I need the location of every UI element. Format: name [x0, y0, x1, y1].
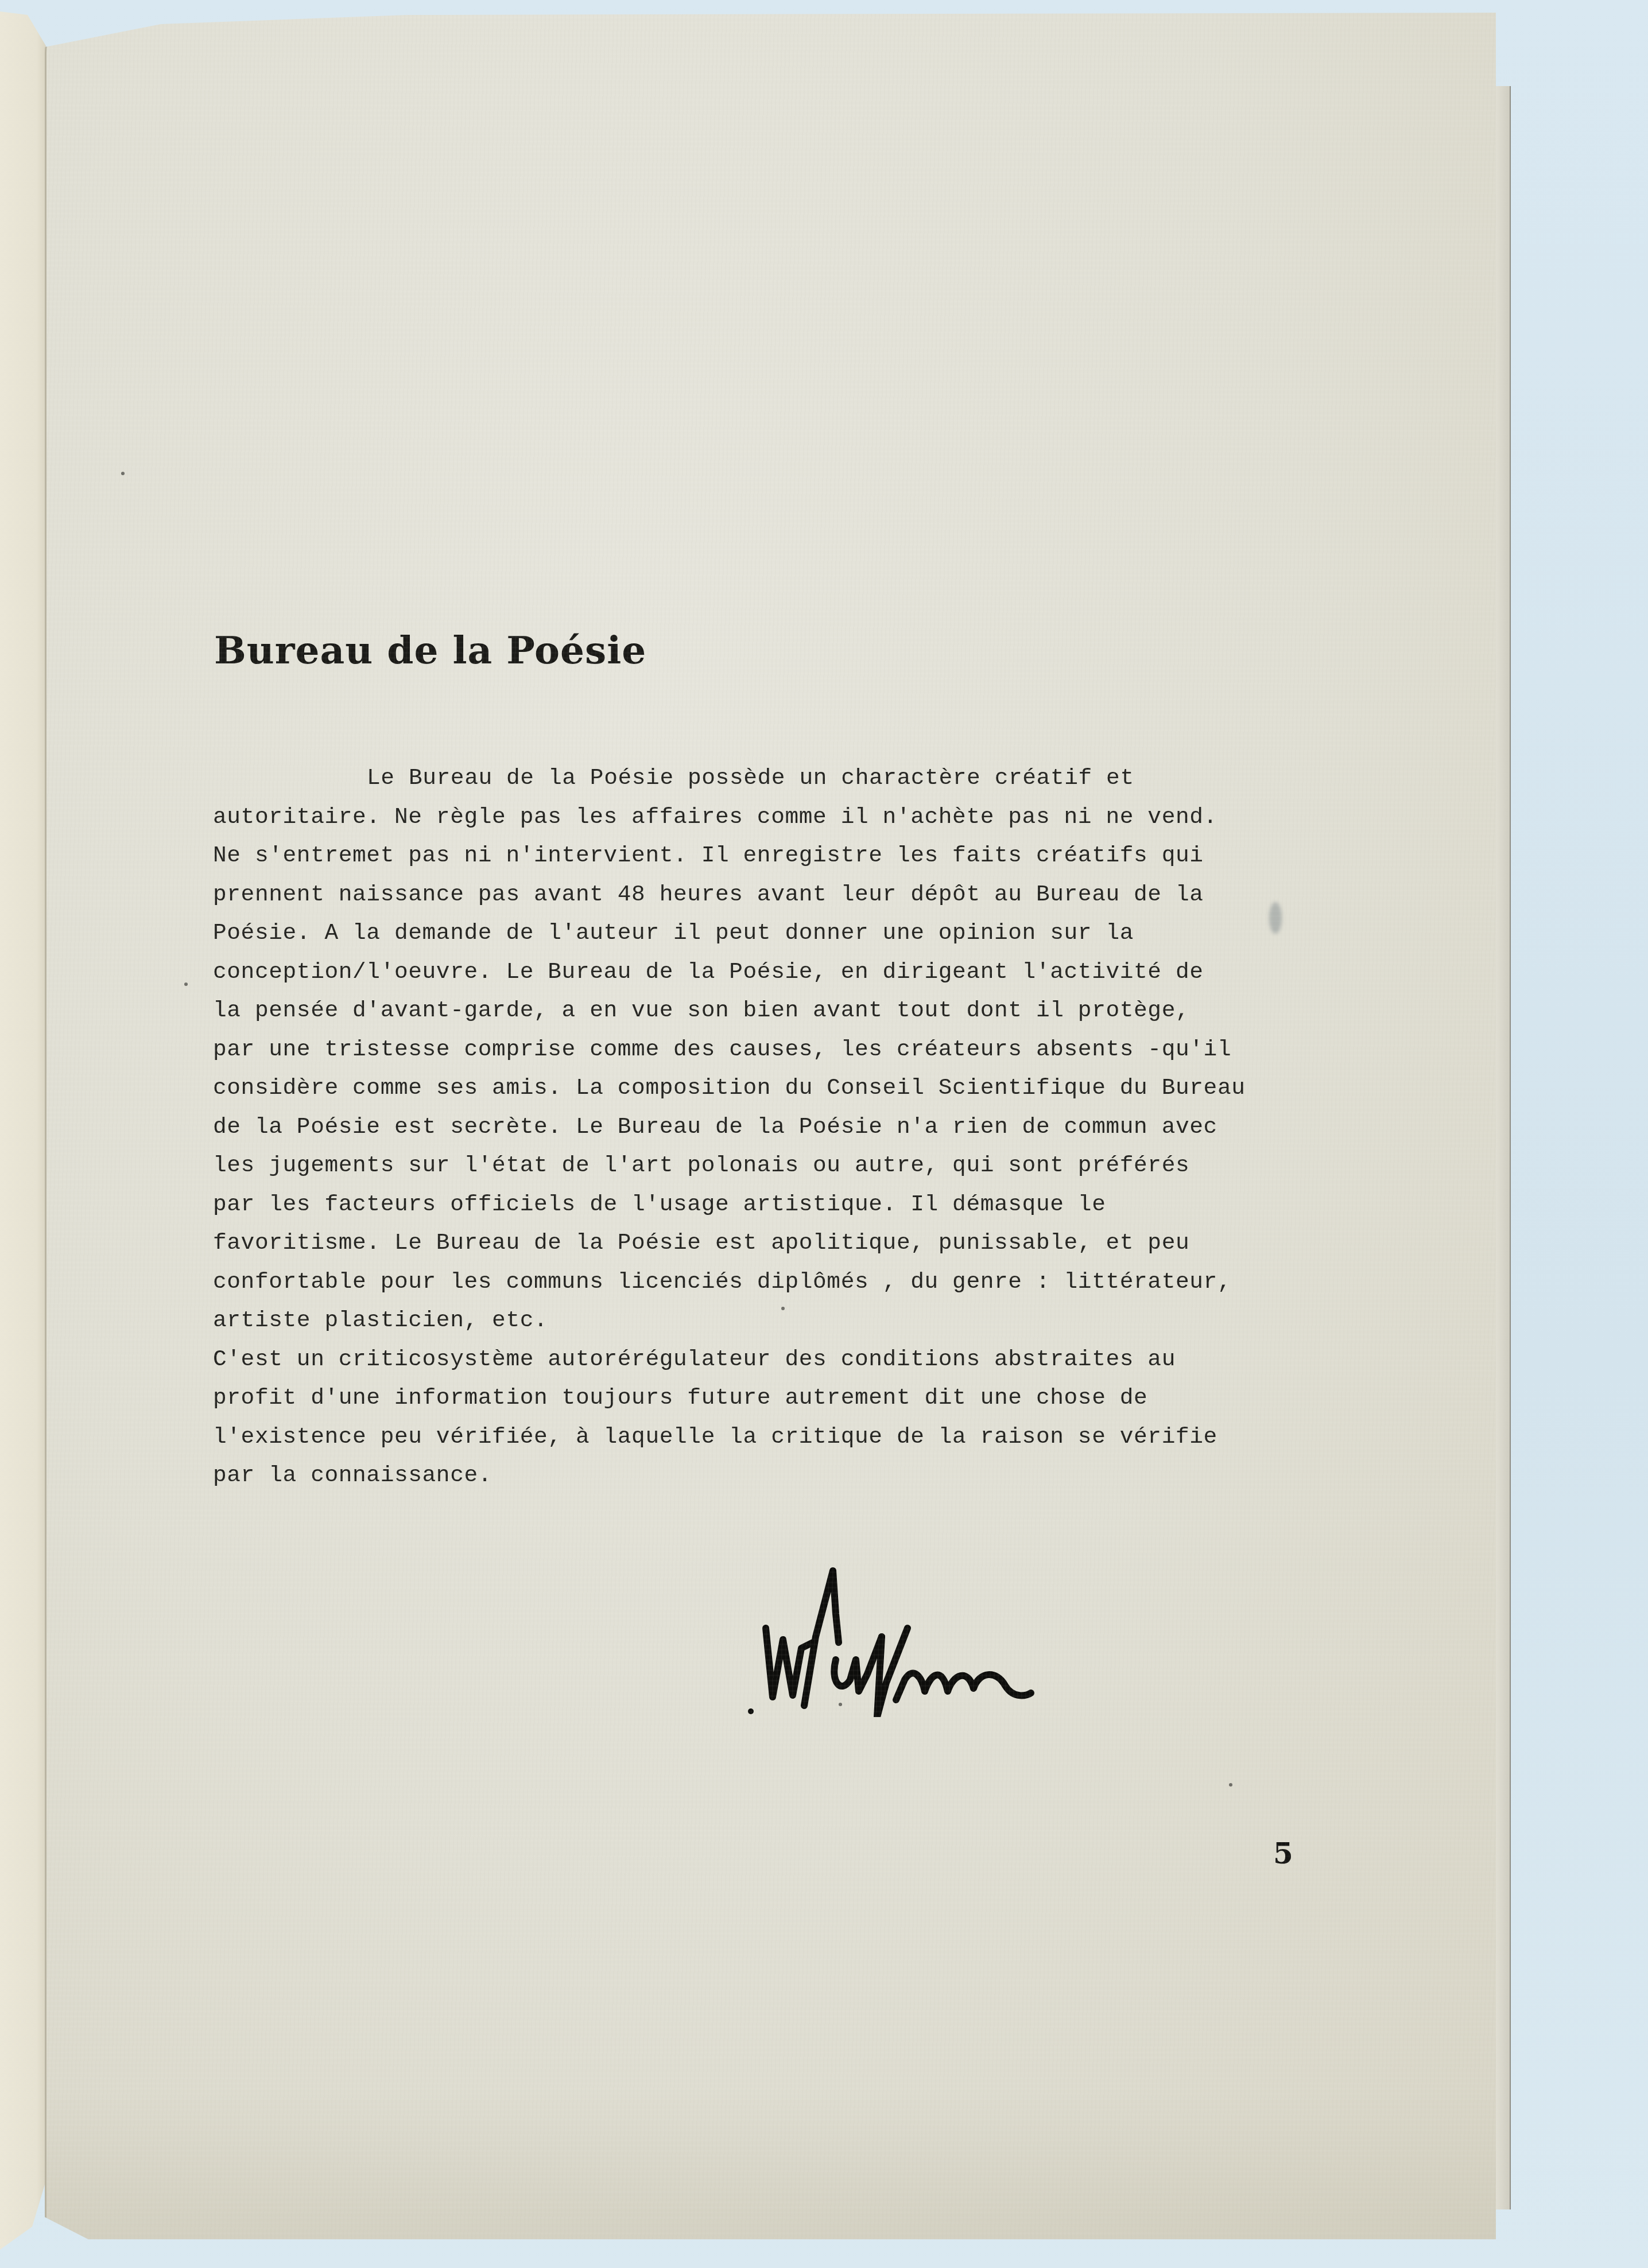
text-line: par la connaissance.: [213, 1456, 1418, 1495]
text-line: prennent naissance pas avant 48 heures a…: [213, 875, 1418, 914]
text-line: C'est un criticosystème autorérégulateur…: [213, 1340, 1418, 1379]
paper-speck: [121, 472, 125, 475]
page-shadow: [46, 2090, 1496, 2239]
page-number: 5: [1273, 1836, 1293, 1870]
text-line: autoritaire. Ne règle pas les affaires c…: [213, 798, 1418, 837]
paper-speck: [839, 1703, 842, 1706]
text-line: la pensée d'avant-garde, a en vue son bi…: [213, 991, 1418, 1030]
text-line: considère comme ses amis. La composition…: [213, 1069, 1418, 1108]
paper-speck: [1229, 1783, 1232, 1787]
text-line: de la Poésie est secrète. Le Bureau de l…: [213, 1108, 1418, 1147]
text-line: Ne s'entremet pas ni n'intervient. Il en…: [213, 836, 1418, 875]
paper-speck: [781, 1307, 785, 1310]
text-line: profit d'une information toujours future…: [213, 1378, 1418, 1417]
text-line: Le Bureau de la Poésie possède un charac…: [213, 759, 1418, 798]
facing-page-edge: [0, 11, 46, 2250]
text-line: les jugements sur l'état de l'art polona…: [213, 1146, 1418, 1185]
text-line: par une tristesse comprise comme des cau…: [213, 1030, 1418, 1069]
page-title: Bureau de la Poésie: [214, 628, 646, 673]
text-line: confortable pour les communs licenciés d…: [213, 1263, 1418, 1302]
text-line: Poésie. A la demande de l'auteur il peut…: [213, 914, 1418, 953]
text-line: l'existence peu vérifiée, à laquelle la …: [213, 1417, 1418, 1457]
text-line: artiste plasticien, etc.: [213, 1301, 1418, 1340]
paper-speck: [184, 982, 188, 986]
body-paragraph: Le Bureau de la Poésie possède un charac…: [213, 759, 1418, 1495]
booklet-page: Bureau de la Poésie Le Bureau de la Poés…: [45, 13, 1496, 2239]
text-line: conception/l'oeuvre. Le Bureau de la Poé…: [213, 953, 1418, 992]
text-line: favoritisme. Le Bureau de la Poésie est …: [213, 1224, 1418, 1263]
signature-icon: [744, 1545, 1203, 1717]
text-line: par les facteurs officiels de l'usage ar…: [213, 1185, 1418, 1224]
